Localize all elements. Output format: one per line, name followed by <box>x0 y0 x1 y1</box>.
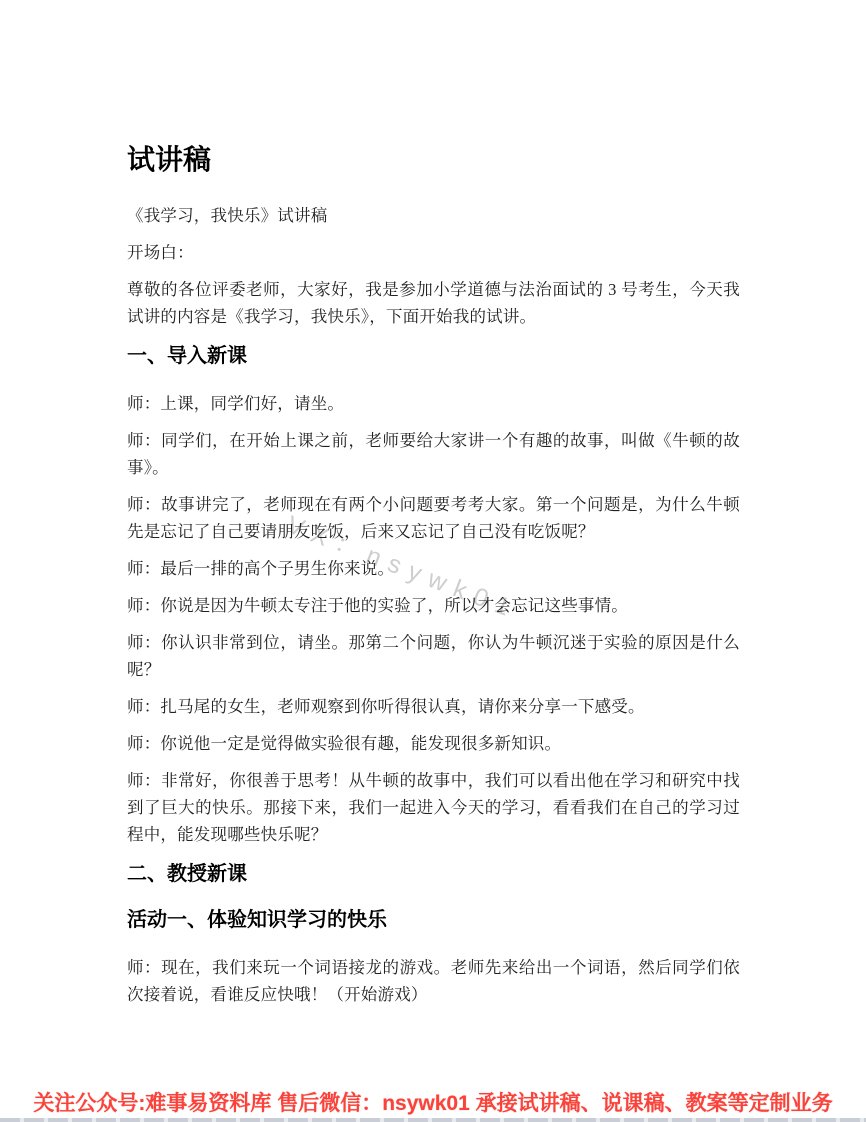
dialogue-paragraph: 师：你说是因为牛顿太专注于他的实验了，所以才会忘记这些事情。 <box>127 592 740 619</box>
opening-paragraph: 尊敬的各位评委老师，大家好，我是参加小学道德与法治面试的 3 号考生，今天我试讲… <box>127 276 740 330</box>
section-heading-lead-in: 一、导入新课 <box>127 344 740 368</box>
activity-heading: 活动一、体验知识学习的快乐 <box>127 908 740 932</box>
opening-label: 开场白： <box>127 239 740 266</box>
document-body: 试讲稿 《我学习，我快乐》试讲稿 开场白： 尊敬的各位评委老师，大家好，我是参加… <box>127 145 740 1018</box>
dialogue-paragraph: 师：你说他一定是觉得做实验很有趣，能发现很多新知识。 <box>127 730 740 757</box>
document-page: VX：nsywk01 试讲稿 《我学习，我快乐》试讲稿 开场白： 尊敬的各位评委… <box>0 0 866 1122</box>
dialogue-paragraph: 师：故事讲完了，老师现在有两个小问题要考考大家。第一个问题是，为什么牛顿先是忘记… <box>127 491 740 545</box>
section-heading-new-lesson: 二、教授新课 <box>127 862 740 886</box>
promo-footer: 关注公众号:难事易资料库 售后微信：nsywk01 承接试讲稿、说课稿、教案等定… <box>0 1091 866 1117</box>
dialogue-paragraph: 师：非常好，你很善于思考！从牛顿的故事中，我们可以看出他在学习和研究中找到了巨大… <box>127 767 740 848</box>
dialogue-paragraph: 师：上课，同学们好，请坐。 <box>127 390 740 417</box>
dialogue-paragraph: 师：同学们，在开始上课之前，老师要给大家讲一个有趣的故事，叫做《牛顿的故事》。 <box>127 427 740 481</box>
subtitle-line: 《我学习，我快乐》试讲稿 <box>127 202 740 229</box>
dialogue-paragraph: 师：你认识非常到位，请坐。那第二个问题，你认为牛顿沉迷于实验的原因是什么呢？ <box>127 629 740 683</box>
dialogue-paragraph: 师：扎马尾的女生，老师观察到你听得很认真，请你来分享一下感受。 <box>127 693 740 720</box>
document-title: 试讲稿 <box>127 145 740 175</box>
dialogue-paragraph: 师：现在，我们来玩一个词语接龙的游戏。老师先来给出一个词语，然后同学们依次接着说… <box>127 954 740 1008</box>
dialogue-paragraph: 师：最后一排的高个子男生你来说。 <box>127 555 740 582</box>
bottom-edge-strip <box>0 1118 866 1122</box>
